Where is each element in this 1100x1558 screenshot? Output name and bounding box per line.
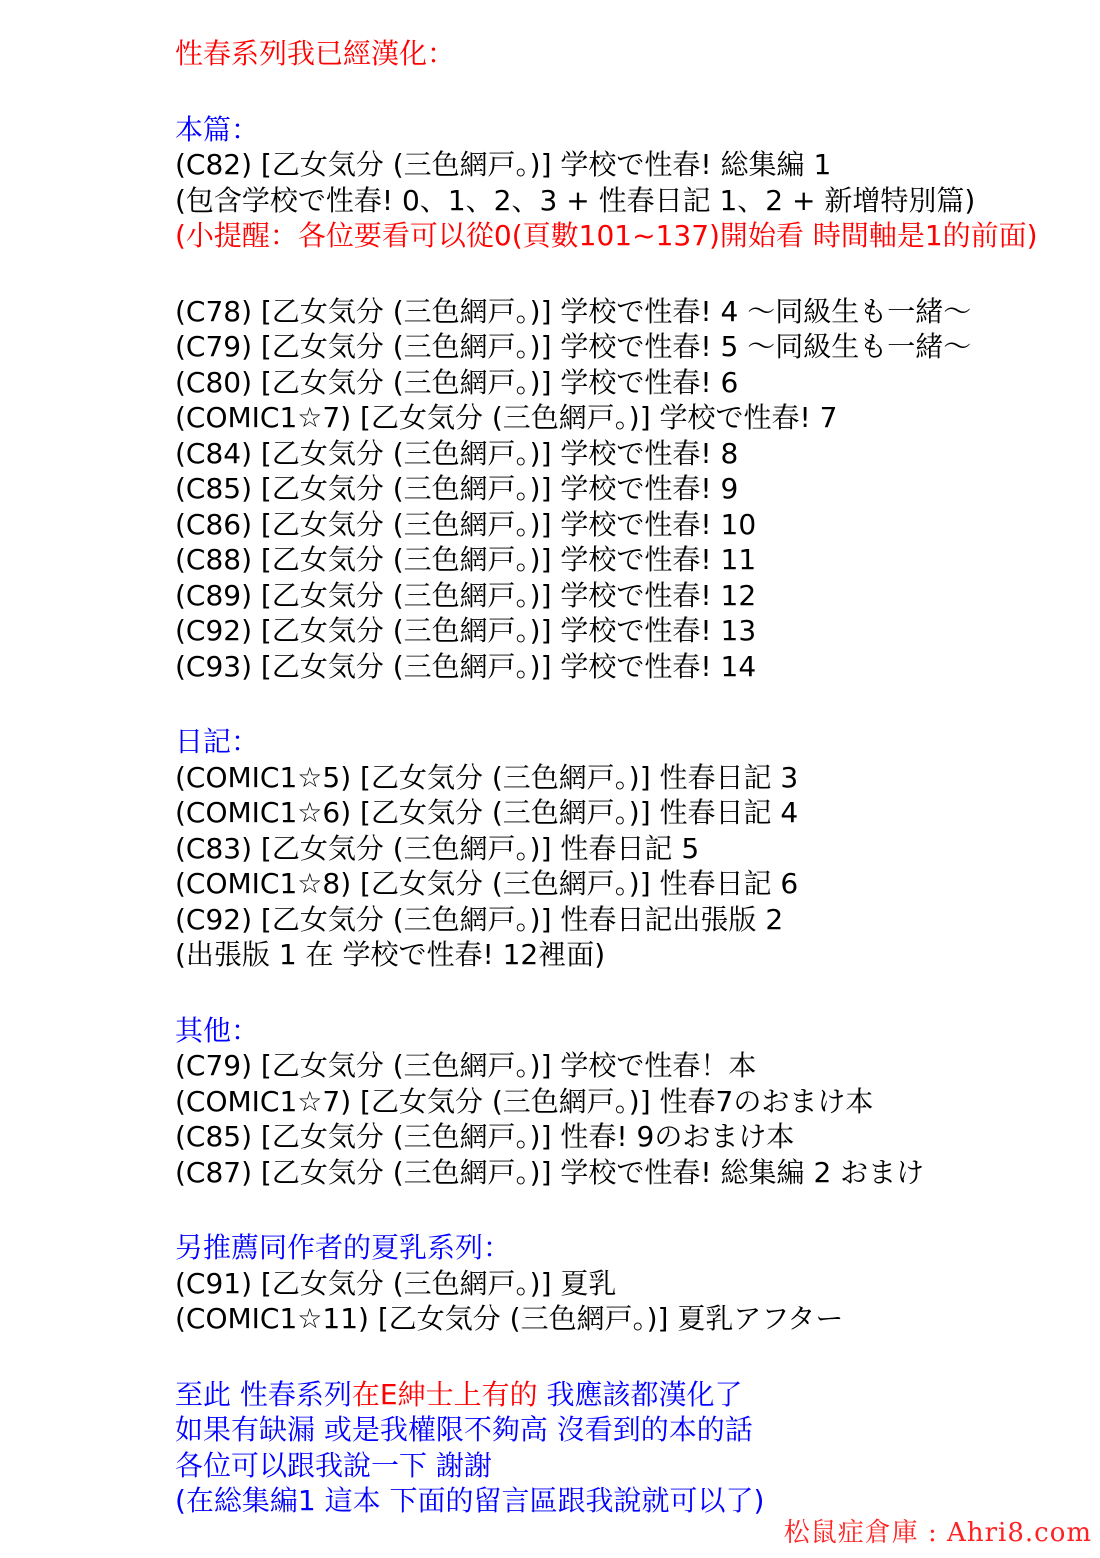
text-segment: (C82) [乙女気分 (三色網戸。)] 学校で性春! 総集編 1: [175, 148, 831, 181]
text-line: 如果有缺漏 或是我權限不夠高 沒看到的本的話: [175, 1412, 1070, 1448]
text-segment: (COMIC1☆11) [乙女気分 (三色網戸。)] 夏乳アフター: [175, 1302, 843, 1335]
text-segment: (COMIC1☆7) [乙女気分 (三色網戸。)] 性春7のおまけ本: [175, 1085, 873, 1118]
text-segment: (C84) [乙女気分 (三色網戸。)] 学校で性春! 8: [175, 437, 738, 470]
text-line: (C82) [乙女気分 (三色網戸。)] 学校で性春! 総集編 1: [175, 147, 1070, 183]
text-line: (C93) [乙女気分 (三色網戸。)] 学校で性春! 14: [175, 649, 1070, 685]
text-line: 另推薦同作者的夏乳系列：: [175, 1230, 1070, 1266]
text-line: (C79) [乙女気分 (三色網戸。)] 学校で性春！本: [175, 1048, 1070, 1084]
block-diary-series: 日記：(COMIC1☆5) [乙女気分 (三色網戸。)] 性春日記 3(COMI…: [175, 724, 1070, 973]
text-line: (C92) [乙女気分 (三色網戸。)] 学校で性春! 13: [175, 613, 1070, 649]
text-line: (C83) [乙女気分 (三色網戸。)] 性春日記 5: [175, 831, 1070, 867]
text-segment: (C83) [乙女気分 (三色網戸。)] 性春日記 5: [175, 832, 699, 865]
text-segment: 日記：: [175, 725, 259, 758]
watermark: 松鼠症倉庫 : Ahri8.com: [784, 1512, 1092, 1549]
text-segment: (C86) [乙女気分 (三色網戸。)] 学校で性春! 10: [175, 508, 756, 541]
text-line: (C89) [乙女気分 (三色網戸。)] 学校で性春! 12: [175, 578, 1070, 614]
text-segment: (C85) [乙女気分 (三色網戸。)] 性春! 9のおまけ本: [175, 1120, 794, 1153]
text-line: (COMIC1☆6) [乙女気分 (三色網戸。)] 性春日記 4: [175, 795, 1070, 831]
text-line: 至此 性春系列在E紳士上有的 我應該都漢化了: [175, 1377, 1070, 1413]
text-segment: 另推薦同作者的夏乳系列：: [175, 1231, 511, 1264]
text-line: (C84) [乙女気分 (三色網戸。)] 学校で性春! 8: [175, 436, 1070, 472]
page: 性春系列我已經漢化：本篇：(C82) [乙女気分 (三色網戸。)] 学校で性春!…: [0, 0, 1100, 1558]
text-segment: 在E紳士上有的: [352, 1378, 538, 1411]
text-line: 各位可以跟我說一下 謝謝: [175, 1448, 1070, 1484]
text-line: (C86) [乙女気分 (三色網戸。)] 学校で性春! 10: [175, 507, 1070, 543]
text-segment: 我應該都漢化了: [538, 1378, 743, 1411]
text-line: (C88) [乙女気分 (三色網戸。)] 学校で性春! 11: [175, 542, 1070, 578]
text-segment: 其他：: [175, 1014, 259, 1047]
text-segment: (COMIC1☆6) [乙女気分 (三色網戸。)] 性春日記 4: [175, 796, 798, 829]
text-line: 性春系列我已經漢化：: [175, 36, 1070, 72]
text-line: (C85) [乙女気分 (三色網戸。)] 学校で性春! 9: [175, 471, 1070, 507]
text-segment: (C93) [乙女気分 (三色網戸。)] 学校で性春! 14: [175, 650, 756, 683]
text-segment: (在総集編1 這本 下面的留言區跟我說就可以了): [175, 1484, 764, 1517]
text-line: (COMIC1☆7) [乙女気分 (三色網戸。)] 学校で性春! 7: [175, 400, 1070, 436]
text-segment: (C79) [乙女気分 (三色網戸。)] 学校で性春! 5 ～同級生も一緒～: [175, 330, 971, 363]
text-segment: (COMIC1☆8) [乙女気分 (三色網戸。)] 性春日記 6: [175, 867, 798, 900]
text-segment: (包含学校で性春! 0、1、2、3 + 性春日記 1、2 + 新增特別篇): [175, 184, 975, 217]
text-line: (C87) [乙女気分 (三色網戸。)] 学校で性春! 総集編 2 おまけ: [175, 1155, 1070, 1191]
text-segment: (小提醒：各位要看可以從0(頁數101~137)開始看 時間軸是1的前面): [175, 219, 1038, 252]
text-line: (C91) [乙女気分 (三色網戸。)] 夏乳: [175, 1266, 1070, 1302]
text-segment: (C85) [乙女気分 (三色網戸。)] 学校で性春! 9: [175, 472, 738, 505]
block-others: 其他：(C79) [乙女気分 (三色網戸。)] 学校で性春！本(COMIC1☆7…: [175, 1013, 1070, 1191]
block-main-series-list: (C78) [乙女気分 (三色網戸。)] 学校で性春! 4 ～同級生も一緒～(C…: [175, 294, 1070, 685]
text-line: (COMIC1☆5) [乙女気分 (三色網戸。)] 性春日記 3: [175, 760, 1070, 796]
text-segment: 本篇：: [175, 113, 259, 146]
text-line: (C92) [乙女気分 (三色網戸。)] 性春日記出張版 2: [175, 902, 1070, 938]
block-natsu-chichi-series: 另推薦同作者的夏乳系列：(C91) [乙女気分 (三色網戸。)] 夏乳(COMI…: [175, 1230, 1070, 1337]
text-line: (C85) [乙女気分 (三色網戸。)] 性春! 9のおまけ本: [175, 1119, 1070, 1155]
text-segment: (COMIC1☆5) [乙女気分 (三色網戸。)] 性春日記 3: [175, 761, 798, 794]
text-line: (C78) [乙女気分 (三色網戸。)] 学校で性春! 4 ～同級生も一緒～: [175, 294, 1070, 330]
text-segment: 性春系列我已經漢化：: [175, 37, 455, 70]
text-segment: (C89) [乙女気分 (三色網戸。)] 学校で性春! 12: [175, 579, 756, 612]
text-line: (C79) [乙女気分 (三色網戸。)] 学校で性春! 5 ～同級生も一緒～: [175, 329, 1070, 365]
document-body: 性春系列我已經漢化：本篇：(C82) [乙女気分 (三色網戸。)] 学校で性春!…: [175, 36, 1070, 1519]
text-segment: (C80) [乙女気分 (三色網戸。)] 学校で性春! 6: [175, 366, 738, 399]
text-segment: (C92) [乙女気分 (三色網戸。)] 性春日記出張版 2: [175, 903, 783, 936]
text-line: 其他：: [175, 1013, 1070, 1049]
text-segment: (出張版 1 在 学校で性春! 12裡面): [175, 938, 605, 971]
text-segment: (C79) [乙女気分 (三色網戸。)] 学校で性春！本: [175, 1049, 756, 1082]
text-segment: (C78) [乙女気分 (三色網戸。)] 学校で性春! 4 ～同級生も一緒～: [175, 295, 971, 328]
text-segment: (COMIC1☆7) [乙女気分 (三色網戸。)] 学校で性春! 7: [175, 401, 837, 434]
text-line: 日記：: [175, 724, 1070, 760]
text-line: (小提醒：各位要看可以從0(頁數101~137)開始看 時間軸是1的前面): [175, 218, 1070, 254]
text-line: (COMIC1☆7) [乙女気分 (三色網戸。)] 性春7のおまけ本: [175, 1084, 1070, 1120]
text-segment: 至此 性春系列: [175, 1378, 352, 1411]
text-line: (COMIC1☆11) [乙女気分 (三色網戸。)] 夏乳アフター: [175, 1301, 1070, 1337]
block-main-series: 本篇：(C82) [乙女気分 (三色網戸。)] 学校で性春! 総集編 1(包含学…: [175, 112, 1070, 254]
block-intro-title: 性春系列我已經漢化：: [175, 36, 1070, 72]
text-line: 本篇：: [175, 112, 1070, 148]
text-line: (COMIC1☆8) [乙女気分 (三色網戸。)] 性春日記 6: [175, 866, 1070, 902]
text-line: (包含学校で性春! 0、1、2、3 + 性春日記 1、2 + 新增特別篇): [175, 183, 1070, 219]
text-segment: (C91) [乙女気分 (三色網戸。)] 夏乳: [175, 1267, 616, 1300]
text-line: (出張版 1 在 学校で性春! 12裡面): [175, 937, 1070, 973]
text-segment: 各位可以跟我說一下 謝謝: [175, 1449, 492, 1482]
text-segment: 如果有缺漏 或是我權限不夠高 沒看到的本的話: [175, 1413, 753, 1446]
text-segment: (C87) [乙女気分 (三色網戸。)] 学校で性春! 総集編 2 おまけ: [175, 1156, 924, 1189]
text-line: (C80) [乙女気分 (三色網戸。)] 学校で性春! 6: [175, 365, 1070, 401]
text-segment: (C88) [乙女気分 (三色網戸。)] 学校で性春! 11: [175, 543, 756, 576]
block-closing-note: 至此 性春系列在E紳士上有的 我應該都漢化了如果有缺漏 或是我權限不夠高 沒看到…: [175, 1377, 1070, 1519]
text-segment: (C92) [乙女気分 (三色網戸。)] 学校で性春! 13: [175, 614, 756, 647]
